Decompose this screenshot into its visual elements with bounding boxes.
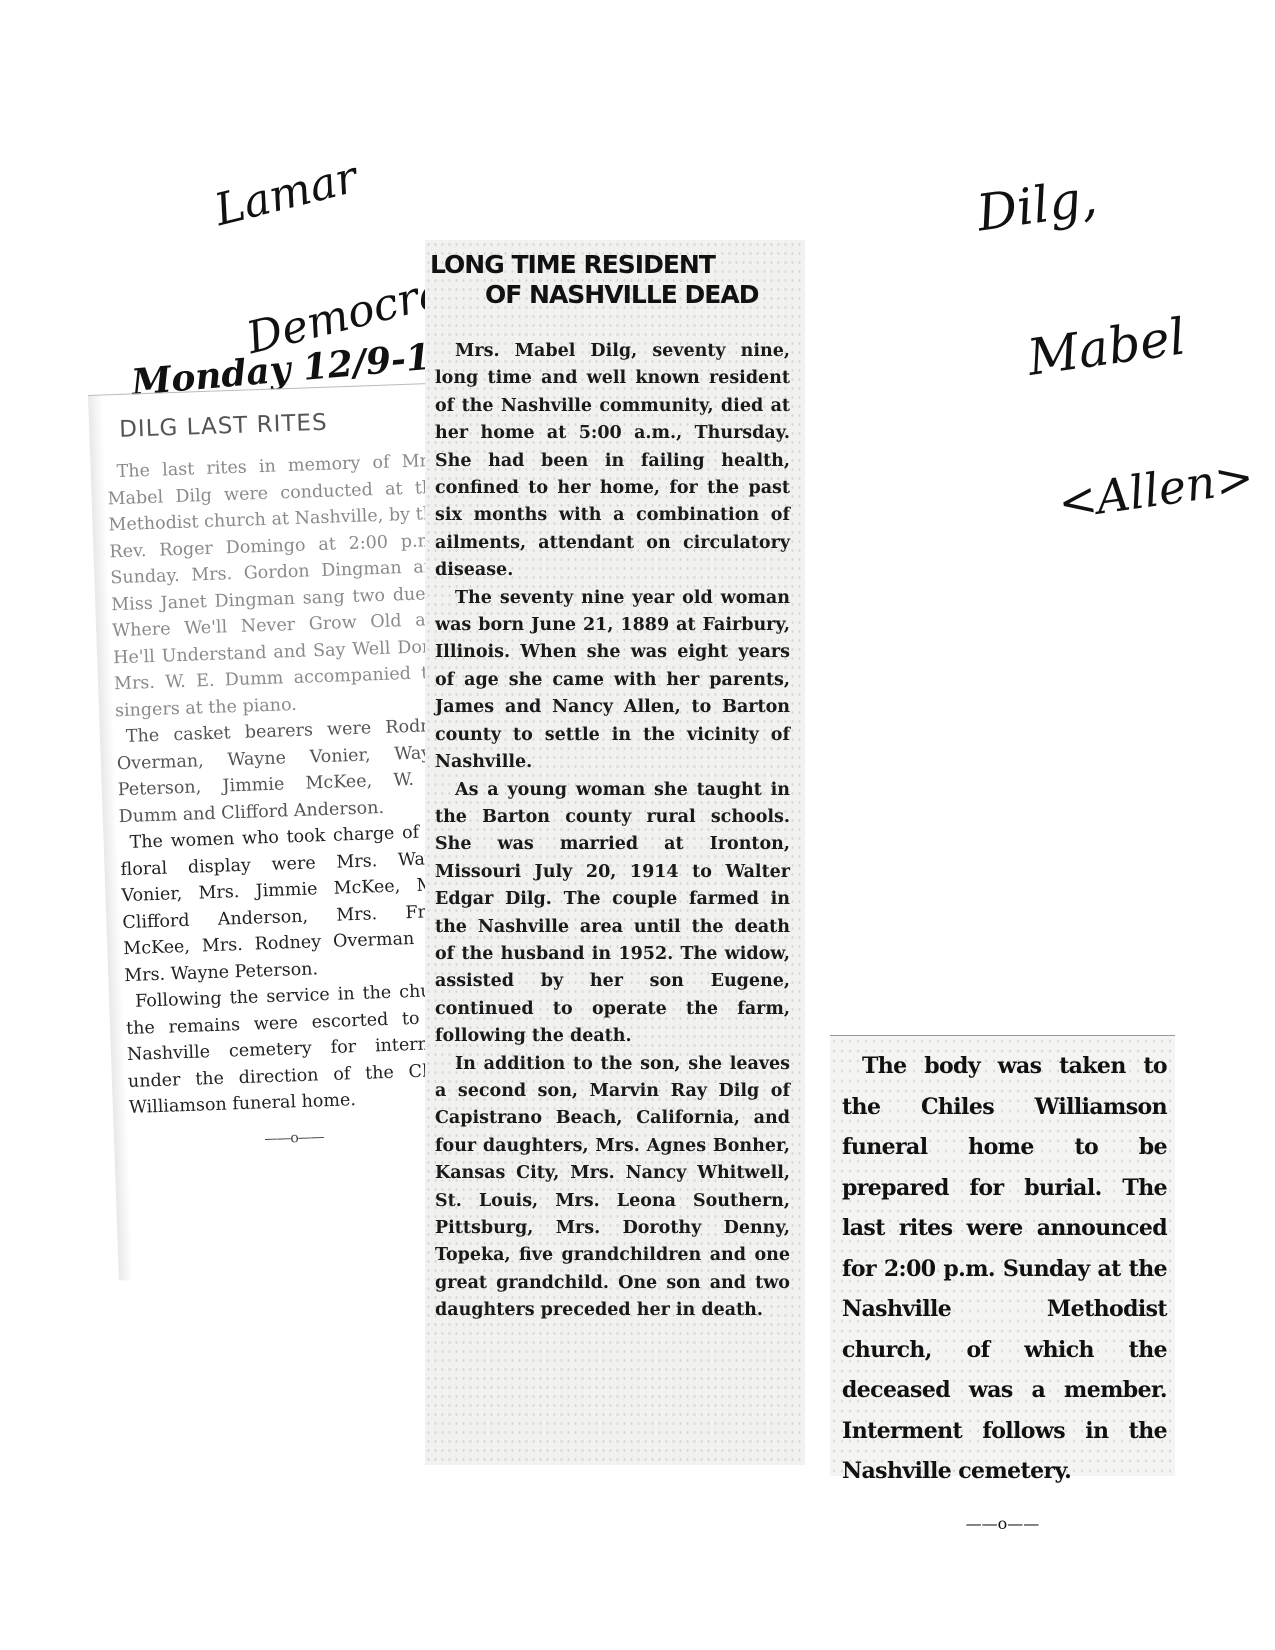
paragraph: Following the service in the church the … [125, 977, 465, 1121]
clipping-body: The last rites in memory of Mrs. Mabel D… [90, 447, 473, 1122]
clipping-last-rites: DILG LAST RITES The last rites in memory… [88, 382, 479, 1280]
name-given: Mabel [1025, 305, 1237, 383]
paragraph: Mrs. Mabel Dilg, seventy nine, long time… [435, 338, 790, 585]
clipping-headline: LONG TIME RESIDENT OF NASHVILLE DEAD [430, 250, 805, 310]
paragraph: The casket bearers were Rodney Overman, … [116, 713, 455, 831]
source-line-newspaper: Lamar [211, 129, 469, 233]
clipping-funeral-notice: The body was taken to the Chiles William… [830, 1035, 1175, 1476]
clipping-obituary: LONG TIME RESIDENT OF NASHVILLE DEAD Mrs… [425, 240, 805, 1465]
end-mark: ——o—— [114, 1123, 474, 1152]
paragraph: The last rites in memory of Mrs. Mabel D… [106, 448, 451, 725]
handwritten-name-note: Dilg, Mabel <Allen> [960, 57, 1263, 581]
headline-line-2: OF NASHVILLE DEAD [485, 280, 805, 310]
paragraph: The seventy nine year old woman was born… [435, 585, 790, 777]
paragraph: In addition to the son, she leaves a sec… [435, 1051, 790, 1325]
name-surname: Dilg, [974, 156, 1215, 238]
headline-line-1: LONG TIME RESIDENT [430, 250, 805, 280]
end-mark: ——o—— [830, 1514, 1175, 1533]
clipping-headline: DILG LAST RITES [119, 405, 450, 443]
clipping-body: The body was taken to the Chiles William… [830, 1036, 1175, 1492]
clipping-body: Mrs. Mabel Dilg, seventy nine, long time… [425, 310, 805, 1325]
paragraph: The body was taken to the Chiles William… [842, 1046, 1167, 1492]
paragraph: The women who took charge of the floral … [119, 818, 460, 989]
name-maiden: <Allen> [1055, 453, 1256, 526]
paragraph: As a young woman she taught in the Barto… [435, 777, 790, 1051]
